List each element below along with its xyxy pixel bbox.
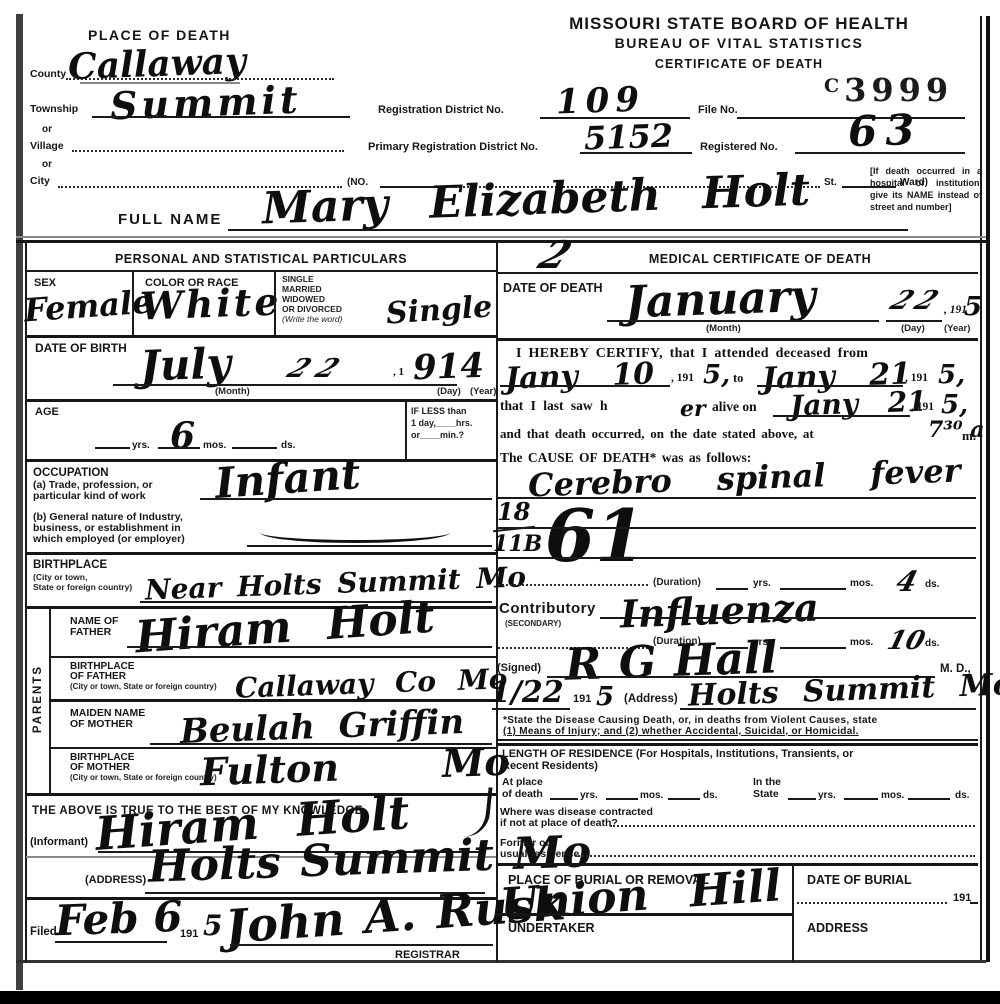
city-label: City (30, 176, 50, 188)
scan-left-bar (16, 14, 23, 990)
age-note-divider (405, 399, 407, 459)
death-time-suffix: m. (962, 428, 976, 444)
father-bp-sub: (City or town, State or foreign country) (70, 682, 217, 691)
reg-district-value: 109 (555, 82, 645, 119)
death-certificate-scan: PLACE OF DEATH MISSOURI STATE BOARD OF H… (0, 0, 1000, 1004)
left-frame-border (25, 240, 27, 962)
footnote-line2: (1) Means of Injury; and (2) whether Acc… (503, 726, 859, 737)
or1-label: or (42, 124, 52, 135)
race-marital-divider (274, 270, 276, 335)
personal-title-rule (26, 270, 496, 272)
full-name-line (228, 229, 908, 231)
occupation-label: OCCUPATION (33, 467, 109, 480)
burial-date-label: DATE OF BURIAL (807, 873, 912, 887)
father-bp-label2: OF FATHER (70, 671, 126, 682)
last-saw-year-written: 5, (941, 392, 968, 418)
mother-name-label2: OF MOTHER (70, 719, 133, 731)
burial-date-year: 191 (953, 892, 971, 904)
registered-no-line (795, 152, 965, 154)
in-state-mos-line (844, 798, 878, 800)
parents-label: PARENTS (32, 649, 44, 749)
mother-bp-label2: OF MOTHER (70, 762, 130, 773)
file-no-prefix: C (824, 75, 844, 97)
dod-label: DATE OF DEATH (503, 281, 603, 295)
contributory-line (600, 617, 976, 619)
at-place-yrs-label: yrs. (580, 790, 598, 801)
burial-date-tail-line (970, 902, 978, 904)
registrar-label: REGISTRAR (395, 949, 460, 961)
signed-address-label: (Address) (624, 693, 678, 706)
last-saw-pre: that I last saw h (500, 398, 608, 414)
informant-address-label: (ADDRESS) (85, 874, 146, 886)
township-value: Summit (109, 81, 302, 126)
dod-day-hint: (Day) (901, 323, 925, 334)
duration-lead-line (498, 584, 648, 586)
street-label: St. (824, 177, 837, 188)
to-year-written: 5, (938, 362, 965, 388)
last-saw-line (773, 415, 910, 417)
father-bp-value: Callaway Co Mo (235, 665, 508, 702)
in-state-mos-label: mos. (881, 790, 904, 801)
age-yrs-label: yrs. (132, 440, 150, 451)
marital-label-3: WIDOWED (282, 294, 325, 304)
age-ds-label: ds. (281, 440, 295, 451)
scan-bottom-bar (0, 991, 1000, 1004)
duration2-ds-label: ds. (925, 638, 939, 649)
dob-month-hint: (Month) (215, 386, 250, 397)
contributory-value: Influenza (619, 589, 819, 634)
cause-line-2 (498, 527, 976, 529)
informant-label: (Informant) (30, 836, 88, 848)
at-place-ds-label: ds. (703, 790, 717, 801)
father-row-rule (49, 656, 496, 658)
dob-bottom-rule (26, 399, 496, 402)
stamp-top: 18 (497, 500, 530, 524)
age-mos-label: mos. (203, 440, 226, 451)
dob-year-prefix: , 1 (393, 366, 404, 378)
marital-label-2: MARRIED (282, 284, 322, 294)
footnote-rule-1 (496, 739, 978, 741)
in-state-line2: State (753, 789, 779, 801)
file-no-label: File No. (698, 104, 738, 116)
or2-label: or (42, 159, 52, 170)
dob-label: DATE OF BIRTH (35, 342, 127, 355)
dod-day-value: 22 (885, 288, 948, 314)
dob-day-value: 22 (282, 356, 353, 382)
at-place-line1: At place (502, 777, 543, 789)
dob-day-hint: (Day) (437, 386, 461, 397)
board-title: MISSOURI STATE BOARD OF HEALTH (500, 14, 978, 33)
primary-district-value: 5152 (583, 119, 673, 154)
mother-bp-sub: (City or town, State or foreign country) (70, 773, 217, 782)
duration2-mos-label: mos. (850, 637, 873, 648)
birthplace-sub2: State or foreign country) (33, 582, 132, 592)
race-value: White (139, 283, 282, 326)
sex-row-bottom-rule (26, 335, 496, 338)
age-ds-line (232, 447, 277, 449)
township-label: Township (30, 104, 78, 116)
marital-label-4: OR DIVORCED (282, 304, 342, 314)
right-border-outer (986, 16, 990, 962)
primary-district-label: Primary Registration District No. (368, 141, 538, 153)
burial-place-line (496, 913, 792, 916)
last-saw-mid: alive on (712, 399, 757, 415)
last-saw-year-printed: , 191 (911, 401, 934, 413)
file-no-value: C3999 (824, 74, 953, 106)
duration2-mos-line (780, 647, 846, 649)
top-double-rule (16, 240, 986, 243)
signed-year-printed: 191 (573, 693, 591, 705)
occupation-a-line (200, 498, 492, 500)
signed-label: (Signed) (497, 662, 541, 674)
occupation-a-line2: particular kind of work (33, 491, 146, 503)
dod-year-written: 5 (964, 294, 982, 320)
dob-month-value: July (139, 342, 231, 387)
from-year-written: 5, (703, 362, 730, 388)
footnote-line1: *State the Disease Causing Death, or, in… (503, 715, 877, 726)
right-border-inner (980, 16, 982, 962)
township-line (92, 116, 350, 118)
duration1-ds-label: ds. (925, 579, 939, 590)
occupation-b-line3: which employed (or employer) (33, 534, 185, 546)
signed-address-line (680, 708, 976, 710)
dob-line (113, 384, 457, 386)
registrar-line (230, 944, 493, 946)
county-label: County (30, 69, 66, 81)
residence-title-line2: Recent Residents) (502, 760, 598, 772)
dod-month-value: January (624, 275, 816, 326)
signed-address-value: Holts Summit Mo (688, 670, 1000, 711)
duration-hint-1: (Duration) (653, 577, 701, 588)
top-double-rule-gray (16, 236, 986, 238)
father-name-label2: FATHER (70, 627, 111, 639)
undertaker-address-label: ADDRESS (807, 921, 868, 935)
age-note-line1: IF LESS than (411, 406, 467, 416)
contributory-duration-ds-value: 10 (885, 628, 928, 654)
father-bp-rule (49, 699, 496, 702)
at-place-ds-line (668, 798, 700, 800)
dod-month-hint: (Month) (706, 323, 741, 334)
in-state-yrs-label: yrs. (818, 790, 836, 801)
contributory-label: Contributory (499, 601, 596, 618)
burial-box-divider (792, 863, 794, 962)
age-note-line2: 1 day,____hrs. (411, 418, 472, 428)
attended-from-value: Jany 10 (505, 359, 655, 394)
filed-year-written: 5 (203, 912, 222, 940)
age-yrs-line (95, 447, 130, 449)
contracted-line2: if not at place of death? (500, 818, 618, 830)
dod-year-hint: (Year) (944, 323, 970, 334)
undertaker-label: UNDERTAKER (508, 921, 595, 935)
dod-day-line (886, 320, 942, 322)
burial-date-line (797, 902, 947, 904)
birthplace-label: BIRTHPLACE (33, 559, 107, 572)
medical-section-title: MEDICAL CERTIFICATE OF DEATH (560, 252, 960, 266)
full-name-label: FULL NAME (118, 212, 222, 229)
bureau-title: BUREAU OF VITAL STATISTICS (500, 36, 978, 52)
to-label: to (733, 371, 743, 386)
dob-year-hint: (Year) (470, 386, 496, 397)
personal-section-title: PERSONAL AND STATISTICAL PARTICULARS (26, 252, 496, 266)
age-mos-line (158, 447, 200, 449)
at-place-line2: of death (502, 789, 543, 801)
from-year-printed: , 191 (671, 372, 694, 384)
mother-bp-value: Fulton Mo (199, 743, 510, 792)
occupation-bottom-rule (26, 552, 496, 555)
primary-district-line (580, 152, 692, 154)
father-name-line (127, 646, 492, 648)
occupation-b-line (247, 545, 492, 547)
registered-no-label: Registered No. (700, 141, 778, 153)
stamp-bottom: 11B (493, 533, 542, 555)
in-state-yrs-line (788, 798, 816, 800)
dob-year-value: 914 (412, 349, 484, 385)
signed-date-value: 1/22 (490, 678, 564, 708)
marital-hint: (Write the word) (282, 314, 342, 324)
in-state-line1: In the (753, 777, 781, 789)
secondary-hint: (SECONDARY) (505, 619, 561, 628)
village-line (72, 150, 344, 152)
occurred-text: and that death occurred, on the date sta… (500, 426, 814, 442)
certificate-bottom-rule (16, 960, 986, 963)
duration1-mos-label: mos. (850, 578, 873, 589)
last-saw-her: er (680, 398, 706, 420)
sex-race-divider (132, 270, 134, 335)
at-place-yrs-line (550, 798, 578, 800)
to-year-printed: , 191 (905, 372, 928, 384)
reg-district-label: Registration District No. (378, 104, 504, 116)
at-place-mos-label: mos. (640, 790, 663, 801)
age-label: AGE (35, 406, 59, 418)
former-residence-line2: usual residence (500, 849, 579, 861)
dod-month-line (607, 320, 879, 322)
filed-date-value: Feb 6 (54, 896, 183, 942)
sex-label: SEX (34, 277, 56, 289)
signed-year-written: 5 (596, 684, 614, 710)
occupation-b-flourish (260, 522, 450, 543)
cause-duration-ds-value: 4 (893, 568, 920, 596)
cause-code-value: 61 (545, 500, 645, 572)
birthplace-sub1: (City or town, (33, 572, 87, 582)
footnote-rule-2 (496, 743, 978, 746)
contracted-line (610, 825, 975, 827)
hospital-note: [If death occurred in a hospital or inst… (870, 165, 982, 213)
attended-from-line (500, 385, 670, 387)
residence-title-line1: LENGTH OF RESIDENCE (For Hospitals, Inst… (502, 748, 853, 760)
marital-label-1: SINGLE (282, 274, 314, 284)
registered-no-value: 63 (847, 109, 923, 154)
filed-year-printed: 191 (180, 928, 198, 940)
signed-date-line (492, 708, 570, 710)
marital-value: Single (385, 292, 493, 329)
age-note-line3: or____min.? (411, 430, 464, 440)
dod-bottom-rule (496, 338, 978, 341)
full-name-value: Mary Elizabeth Holt (261, 168, 810, 231)
in-state-ds-line (908, 798, 950, 800)
certificate-title: CERTIFICATE OF DEATH (500, 57, 978, 71)
filed-label: Filed (30, 926, 57, 939)
village-label: Village (30, 141, 64, 153)
in-state-ds-label: ds. (955, 790, 969, 801)
at-place-mos-line (606, 798, 638, 800)
filed-line (55, 941, 167, 943)
former-residence-line (575, 855, 975, 857)
cause-line-3 (498, 557, 976, 559)
